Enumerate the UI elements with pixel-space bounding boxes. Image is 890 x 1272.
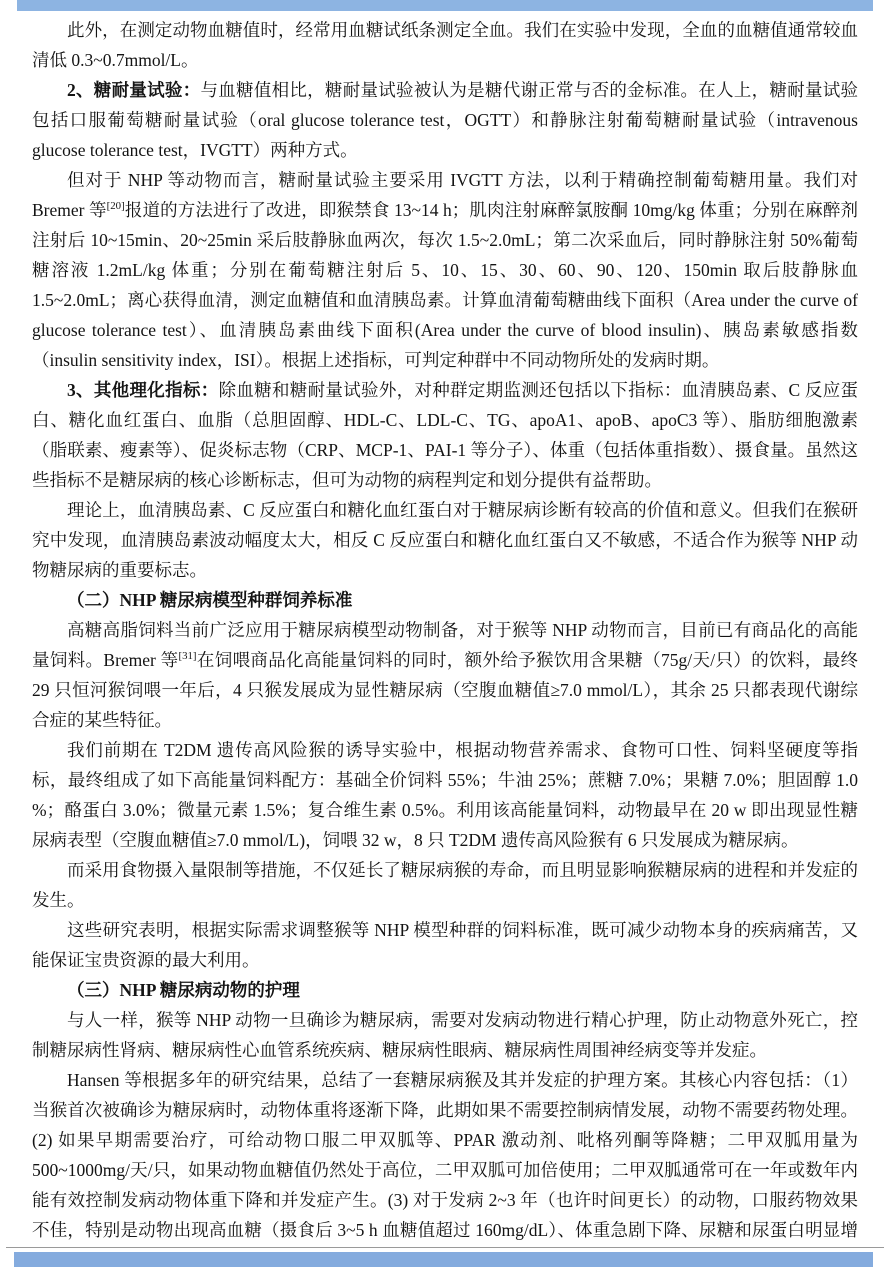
paragraph-bold-lead: 3、其他理化指标： — [67, 380, 219, 400]
paragraph-text: 与人一样，猴等 NHP 动物一旦确诊为糖尿病，需要对发病动物进行精心护理，防止动… — [32, 1010, 858, 1060]
paragraph-text: Hansen 等根据多年的研究结果，总结了一套糖尿病猴及其并发症的护理方案。其核… — [32, 1070, 858, 1247]
paragraph-text: 而采用食物摄入量限制等措施，不仅延长了糖尿病猴的寿命，而且明显影响猴糖尿病的进程… — [32, 860, 858, 910]
paragraph-text: 此外，在测定动物血糖值时，经常用血糖试纸条测定全血。我们在实验中发现，全血的血糖… — [32, 20, 858, 70]
paragraph-bold-lead: 2、糖耐量试验： — [67, 80, 200, 100]
section-heading-2: （二）NHP 糖尿病模型种群饲养标准 — [32, 585, 858, 615]
citation-superscript: [20] — [107, 200, 125, 212]
body-paragraph: 但对于 NHP 等动物而言，糖耐量试验主要采用 IVGTT 方法，以利于精确控制… — [32, 165, 858, 375]
body-paragraph: 我们前期在 T2DM 遗传高风险猴的诱导实验中，根据动物营养需求、食物可口性、饲… — [32, 735, 858, 855]
heading-text: （三）NHP 糖尿病动物的护理 — [67, 980, 300, 1000]
page-bottom-rule — [6, 1247, 884, 1248]
body-paragraph: 3、其他理化指标：除血糖和糖耐量试验外，对种群定期监测还包括以下指标：血清胰岛素… — [32, 375, 858, 495]
citation-superscript: [31] — [178, 650, 196, 662]
paragraph-text: 报道的方法进行了改进，即猴禁食 13~14 h；肌肉注射麻醉氯胺酮 10mg/k… — [32, 200, 858, 370]
heading-text: （二）NHP 糖尿病模型种群饲养标准 — [67, 590, 352, 610]
body-paragraph: 与人一样，猴等 NHP 动物一旦确诊为糖尿病，需要对发病动物进行精心护理，防止动… — [32, 1005, 858, 1065]
body-paragraph: 2、糖耐量试验：与血糖值相比，糖耐量试验被认为是糖代谢正常与否的金标准。在人上，… — [32, 75, 858, 165]
previous-page-edge-bar — [17, 0, 873, 11]
document-page-body: 此外，在测定动物血糖值时，经常用血糖试纸条测定全血。我们在实验中发现，全血的血糖… — [32, 15, 858, 1247]
body-paragraph: 这些研究表明，根据实际需求调整猴等 NHP 模型种群的饲料标准，既可减少动物本身… — [32, 915, 858, 975]
next-page-edge-bar — [14, 1252, 873, 1267]
paragraph-text: 理论上，血清胰岛素、C 反应蛋白和糖化血红蛋白对于糖尿病诊断有较高的价值和意义。… — [32, 500, 858, 580]
paragraph-text: 这些研究表明，根据实际需求调整猴等 NHP 模型种群的饲料标准，既可减少动物本身… — [32, 920, 858, 970]
body-paragraph: 而采用食物摄入量限制等措施，不仅延长了糖尿病猴的寿命，而且明显影响猴糖尿病的进程… — [32, 855, 858, 915]
paragraph-text: 我们前期在 T2DM 遗传高风险猴的诱导实验中，根据动物营养需求、食物可口性、饲… — [32, 740, 858, 850]
body-paragraph: Hansen 等根据多年的研究结果，总结了一套糖尿病猴及其并发症的护理方案。其核… — [32, 1065, 858, 1247]
body-paragraph: 此外，在测定动物血糖值时，经常用血糖试纸条测定全血。我们在实验中发现，全血的血糖… — [32, 15, 858, 75]
body-paragraph: 高糖高脂饲料当前广泛应用于糖尿病模型动物制备，对于猴等 NHP 动物而言，目前已… — [32, 615, 858, 735]
body-paragraph: 理论上，血清胰岛素、C 反应蛋白和糖化血红蛋白对于糖尿病诊断有较高的价值和意义。… — [32, 495, 858, 585]
section-heading-3: （三）NHP 糖尿病动物的护理 — [32, 975, 858, 1005]
